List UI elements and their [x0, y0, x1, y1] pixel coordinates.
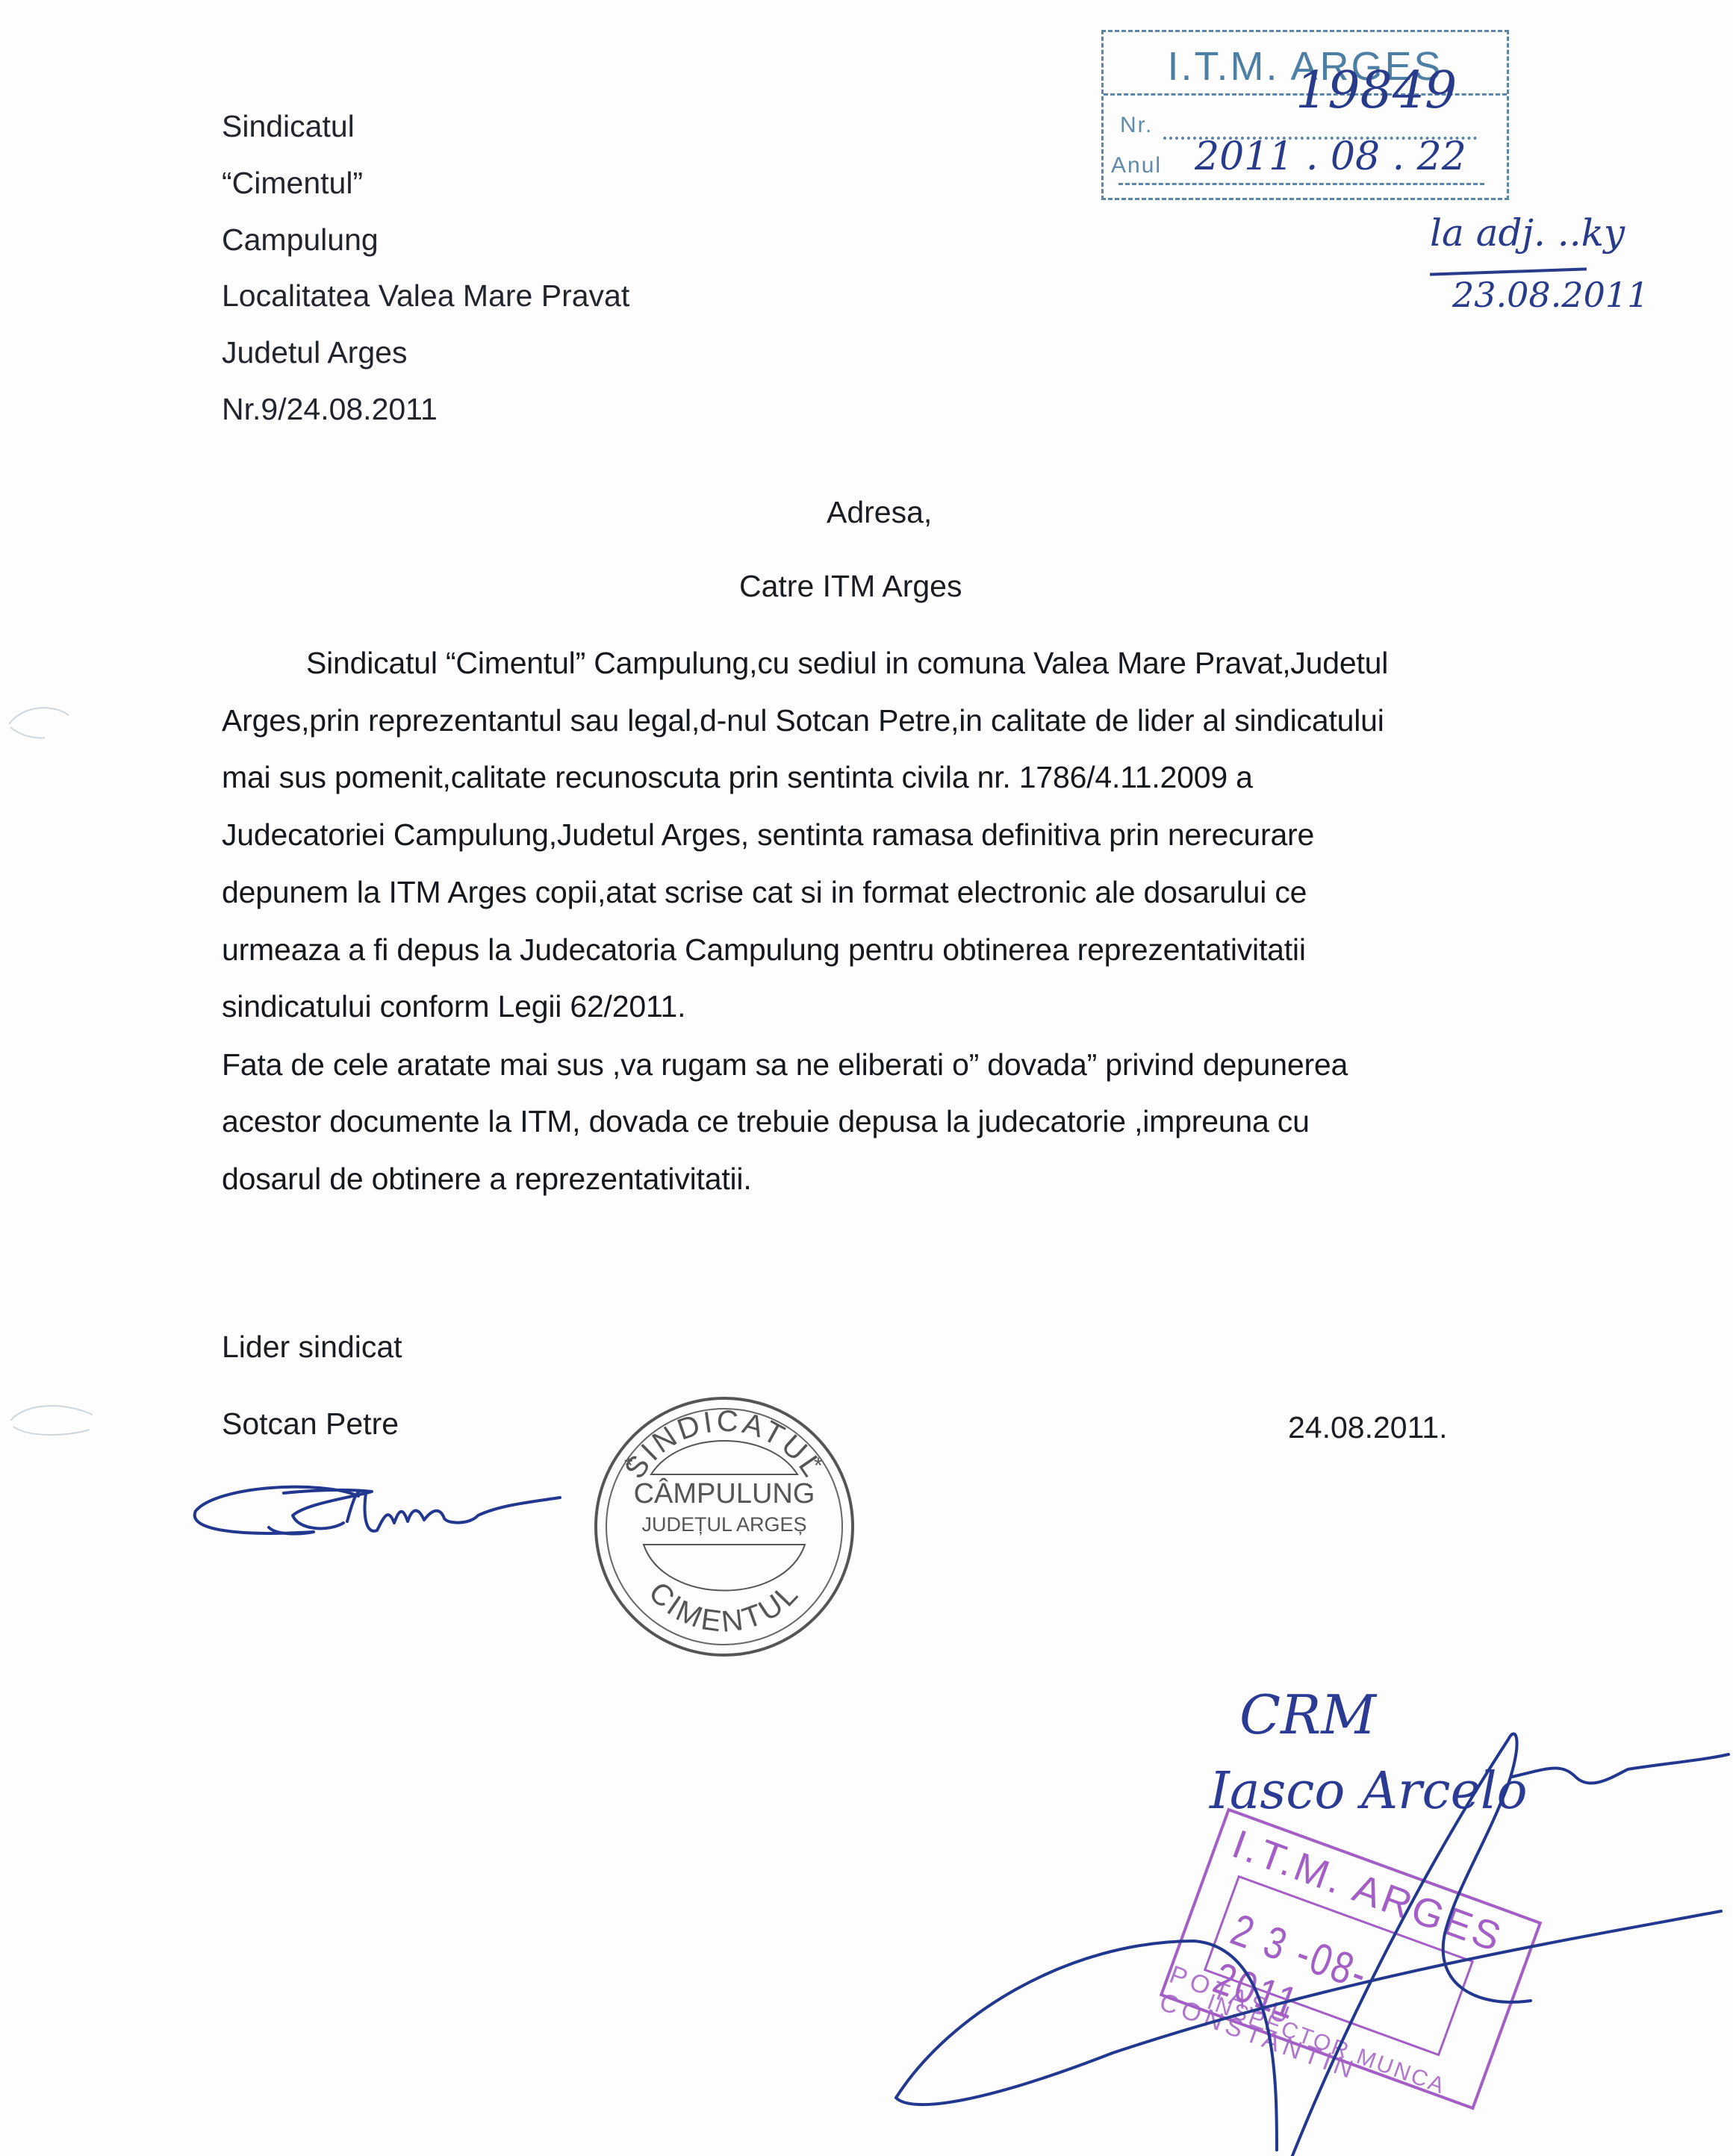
sender-line-3: Campulung [222, 222, 379, 258]
seal-center-line-2: JUDEȚUL ARGEȘ [641, 1513, 806, 1536]
sender-line-5: Judetul Arges [222, 335, 407, 370]
signature-name: Sotcan Petre [222, 1409, 399, 1439]
scanned-document-page: I.T.M. ARGES Nr. Anul 19849 2011 . 08 . … [0, 0, 1733, 2156]
seal-star-left-icon: * [624, 1454, 633, 1478]
body-line-8: Fata de cele aratate mai sus ,va rugam s… [222, 1047, 1348, 1082]
sender-line-1: Sindicatul [222, 109, 355, 144]
body-line-4: Judecatoriei Campulung,Judetul Arges, se… [222, 817, 1314, 853]
body-line-9: acestor documente la ITM, dovada ce treb… [222, 1104, 1310, 1139]
registration-handwritten-number: 19849 [1295, 61, 1457, 120]
body-line-10: dosarul de obtinere a reprezentativitati… [222, 1162, 752, 1197]
body-line-6: urmeaza a fi depus la Judecatoria Campul… [222, 932, 1306, 968]
signature-date: 24.08.2011. [1288, 1412, 1448, 1443]
registration-bottom-line [1118, 183, 1484, 185]
signature-scribble [187, 1463, 575, 1553]
body-line-2: Arges,prin reprezentantul sau legal,d-nu… [222, 703, 1384, 738]
registration-handwritten-date: 2011 . 08 . 22 [1195, 134, 1466, 179]
body-line-7: sindicatului conform Legii 62/2011. [222, 989, 685, 1024]
body-line-1: Sindicatul “Cimentul” Campulung,cu sediu… [306, 646, 1388, 681]
scan-smudge-lower [0, 1392, 105, 1452]
body-line-5: depunem la ITM Arges copii,atat scrise c… [222, 875, 1307, 910]
sender-line-6: Nr.9/24.08.2011 [222, 392, 438, 427]
seal-top-arc-text: SINDICATUL [618, 1404, 830, 1484]
document-title: Adresa, [827, 497, 932, 528]
handwritten-note-top-line1: la adj. ..ky [1430, 211, 1625, 255]
signature-role: Lider sindicat [222, 1332, 402, 1362]
body-line-3: mai sus pomenit,calitate recunoscuta pri… [222, 760, 1253, 795]
sender-line-4: Localitatea Valea Mare Pravat [222, 278, 629, 314]
seal-center-line-1: CÂMPULUNG [634, 1477, 815, 1509]
sender-line-2: “Cimentul” [222, 166, 363, 201]
recipient-line: Catre ITM Arges [739, 571, 962, 602]
registration-anul-label: Anul [1111, 153, 1162, 178]
scan-smudge-upper [0, 694, 90, 754]
inspector-signature-scribble [889, 1695, 1733, 2156]
registration-nr-label: Nr. [1120, 113, 1153, 138]
seal-star-right-icon: * [814, 1454, 823, 1478]
handwritten-note-top-line2: 23.08.2011 [1452, 275, 1649, 315]
union-round-seal: SINDICATUL CIMENTUL CÂMPULUNG JUDEȚUL AR… [582, 1385, 866, 1669]
